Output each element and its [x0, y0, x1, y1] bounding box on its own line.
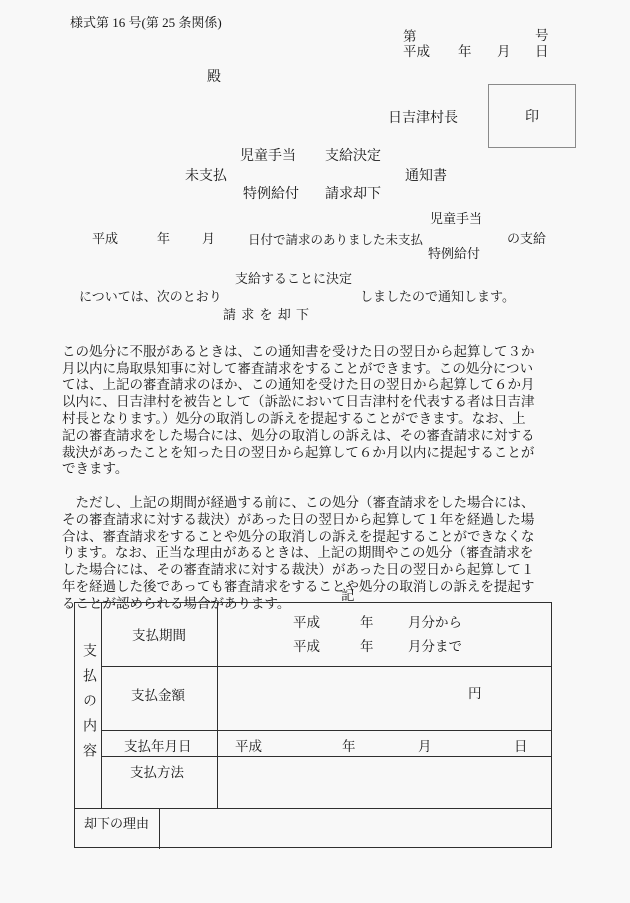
addressee-honorific: 殿	[207, 70, 221, 86]
payments-table: 支払の内容 支払期間 平成 年 月分から 平成 年 月分まで 支払金額 円 支払…	[74, 602, 552, 848]
form-number: 様式第 16 号(第 25 条関係)	[70, 16, 222, 31]
table-divider-horizontal-4	[75, 808, 551, 809]
table-divider-vertical-3	[159, 808, 160, 849]
payment-date-era: 平成	[235, 740, 262, 755]
title-suffix: 通知書	[405, 169, 447, 185]
issuer-name: 日吉津村長	[388, 111, 458, 127]
doc-number-suffix: 号	[535, 28, 549, 44]
payment-amount-unit: 円	[468, 687, 482, 702]
date-month: 月	[497, 44, 511, 60]
table-divider-vertical-1	[101, 603, 102, 808]
table-group-label: 支払の内容	[75, 603, 101, 808]
payment-period-from-year: 年	[360, 616, 374, 631]
title-allowance-option-bottom: 特例給付	[243, 187, 299, 203]
payment-period-from-era: 平成	[293, 616, 320, 631]
intro-month: 月	[202, 232, 215, 247]
intro-year: 年	[157, 232, 170, 247]
table-divider-horizontal-1	[101, 666, 551, 667]
seal-mark: 印	[525, 106, 539, 126]
doc-number-prefix: 第	[403, 29, 417, 45]
intro-tail: しましたので通知します。	[360, 290, 515, 305]
payment-period-to-era: 平成	[293, 640, 320, 655]
appeal-paragraph-2: ただし、上記の期間が経過する前に、この処分（審査請求をした場合には、 その審査請…	[62, 495, 562, 613]
intro-allowance-option-bottom: 特例給付	[428, 247, 480, 262]
payment-method-label: 支払方法	[130, 766, 184, 781]
payment-date-year: 年	[342, 740, 356, 755]
intro-lead: については、次のとおり	[79, 290, 222, 305]
payment-amount-label: 支払金額	[131, 689, 185, 704]
date-year: 年	[458, 44, 472, 60]
appeal-notice: この処分に不服があるときは、この通知書を受けた日の翌日から起算して３か 月以内に…	[62, 327, 562, 629]
title-allowance-option-top: 児童手当	[240, 149, 296, 165]
payment-date-month: 月	[418, 740, 432, 755]
payment-date-label: 支払年月日	[124, 740, 192, 755]
intro-era: 平成	[92, 232, 118, 247]
payment-period-to-suffix: 月分まで	[408, 640, 462, 655]
title-decision-option-bottom: 請求却下	[325, 187, 381, 203]
rejection-reason-label: 却下の理由	[84, 817, 149, 831]
intro-request-phrase: 日付で請求のありました未支払	[248, 233, 423, 247]
intro-decision-option-top: 支給することに決定	[235, 272, 352, 287]
table-divider-horizontal-3	[101, 756, 551, 757]
title-decision-option-top: 支給決定	[325, 149, 381, 165]
payment-period-to-year: 年	[360, 640, 374, 655]
title-prefix: 未支払	[185, 169, 227, 185]
table-divider-vertical-2	[217, 603, 218, 808]
document-page: 様式第 16 号(第 25 条関係) 第 号 平成 年 月 日 殿 日吉津村長 …	[0, 0, 630, 903]
seal-box: 印	[488, 84, 576, 148]
appeal-paragraph-1: この処分に不服があるときは、この通知書を受けた日の翌日から起算して３か 月以内に…	[62, 344, 562, 478]
payment-date-day: 日	[514, 740, 528, 755]
intro-allowance-option-top: 児童手当	[430, 212, 482, 227]
intro-decision-option-bottom: 請 求 を 却 下	[223, 308, 310, 323]
payment-period-label: 支払期間	[132, 629, 186, 644]
date-day: 日	[535, 44, 549, 60]
table-divider-horizontal-2	[101, 730, 551, 731]
payment-period-from-suffix: 月分から	[408, 616, 462, 631]
date-era: 平成	[403, 44, 430, 60]
intro-benefit-suffix: の支給	[507, 232, 546, 247]
